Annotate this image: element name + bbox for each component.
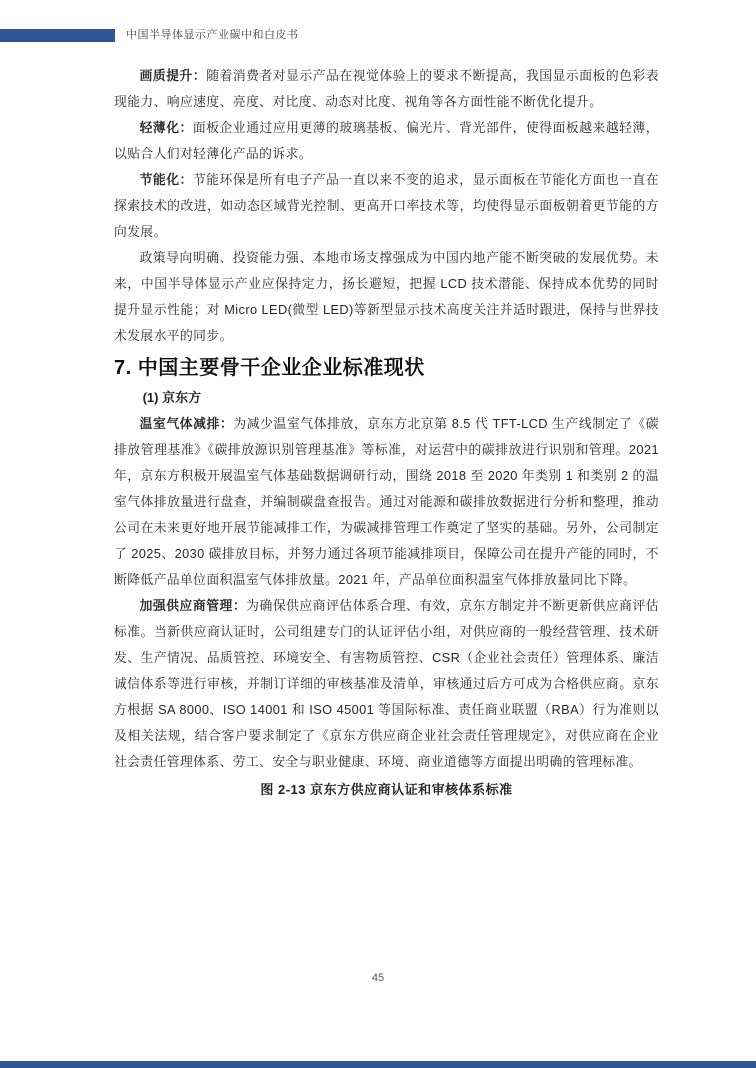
- paragraph-ghg-reduction: 温室气体减排：为减少温室气体排放，京东方北京第 8.5 代 TFT-LCD 生产…: [114, 411, 659, 593]
- paragraph-lead: 节能化：: [140, 172, 193, 187]
- paragraph-lead: 温室气体减排：: [140, 416, 234, 431]
- paragraph-lead: 轻薄化：: [140, 120, 193, 135]
- paragraph-text: 政策导向明确、投资能力强、本地市场支撑强成为中国内地产能不断突破的发展优势。未来…: [114, 250, 659, 343]
- page-number: 45: [0, 972, 756, 984]
- document-page: 中国半导体显示产业碳中和白皮书 画质提升：随着消费者对显示产品在视觉体验上的要求…: [0, 0, 756, 1068]
- paragraph-text: 节能环保是所有电子产品一直以来不变的追求，显示面板在节能化方面也一直在探索技术的…: [114, 172, 659, 239]
- paragraph-policy-advantage: 政策导向明确、投资能力强、本地市场支撑强成为中国内地产能不断突破的发展优势。未来…: [114, 245, 659, 349]
- paragraph-lead: 加强供应商管理：: [140, 598, 247, 613]
- paragraph-text: 面板企业通过应用更薄的玻璃基板、偏光片、背光部件，使得面板越来越轻薄，以贴合人们…: [114, 120, 659, 161]
- document-header-title: 中国半导体显示产业碳中和白皮书: [126, 26, 299, 44]
- paragraph-quality-improvement: 画质提升：随着消费者对显示产品在视觉体验上的要求不断提高，我国显示面板的色彩表现…: [114, 63, 659, 115]
- paragraph-energy-saving: 节能化：节能环保是所有电子产品一直以来不变的追求，显示面板在节能化方面也一直在探…: [114, 167, 659, 245]
- paragraph-thin-light: 轻薄化：面板企业通过应用更薄的玻璃基板、偏光片、背光部件，使得面板越来越轻薄，以…: [114, 115, 659, 167]
- header-accent-bar: [0, 29, 115, 42]
- paragraph-supplier-management: 加强供应商管理：为确保供应商评估体系合理、有效，京东方制定并不断更新供应商评估标…: [114, 593, 659, 775]
- paragraph-text: 为确保供应商评估体系合理、有效，京东方制定并不断更新供应商评估标准。当新供应商认…: [114, 598, 659, 769]
- section-heading: 7. 中国主要骨干企业企业标准现状: [114, 353, 659, 383]
- figure-caption: 图 2-13 京东方供应商认证和审核体系标准: [114, 777, 659, 803]
- page-content: 画质提升：随着消费者对显示产品在视觉体验上的要求不断提高，我国显示面板的色彩表现…: [114, 63, 659, 803]
- subsection-heading-boe: (1) 京东方: [114, 385, 659, 411]
- paragraph-text: 为减少温室气体排放，京东方北京第 8.5 代 TFT-LCD 生产线制定了《碳排…: [114, 416, 659, 587]
- paragraph-lead: 画质提升：: [140, 68, 207, 83]
- footer-accent-bar: [0, 1061, 756, 1068]
